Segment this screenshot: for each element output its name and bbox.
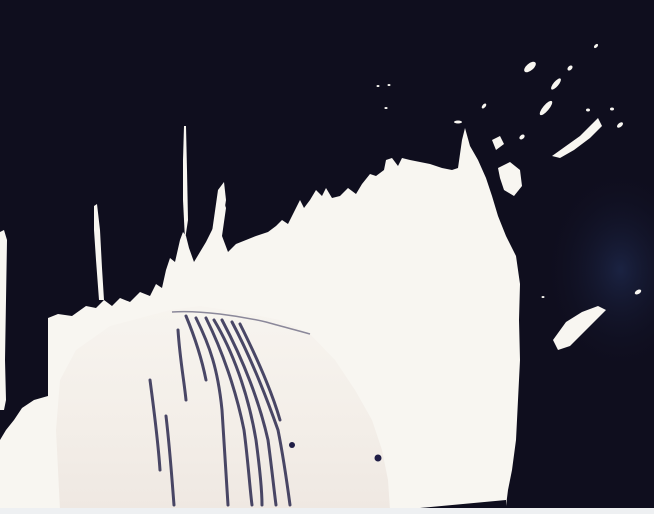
photograph (0, 0, 654, 514)
fold-spot-2 (375, 455, 382, 462)
bottom-border (0, 508, 654, 514)
fold-spot-1 (289, 442, 295, 448)
